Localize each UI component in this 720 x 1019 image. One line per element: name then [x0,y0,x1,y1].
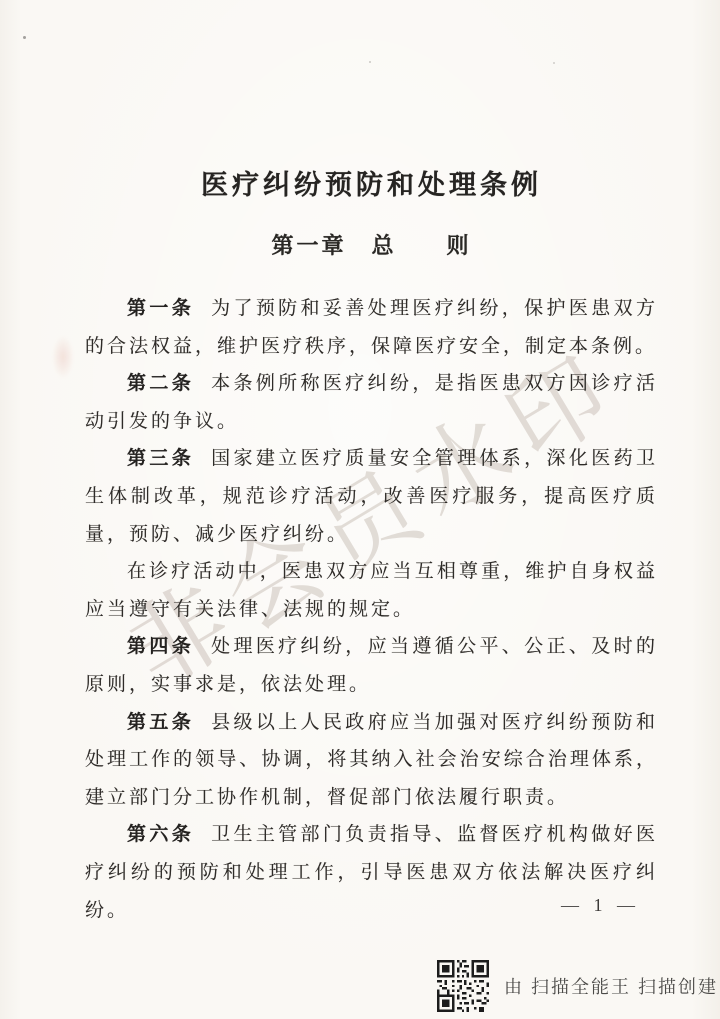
article-paragraph: 在诊疗活动中，医患双方应当互相尊重，维护自身权益应当遵守有关法律、法规的规定。 [85,553,658,628]
article-paragraph: 第二条本条例所称医疗纠纷，是指医患双方因诊疗活动引发的争议。 [85,365,658,440]
page-number: — 1 — [561,895,640,916]
scan-speck [23,36,26,39]
article-paragraph: 第五条县级以上人民政府应当加强对医疗纠纷预防和处理工作的领导、协调，将其纳入社会… [85,704,658,817]
scan-speck [369,61,371,63]
article-text: 在诊疗活动中，医患双方应当互相尊重，维护自身权益应当遵守有关法律、法规的规定。 [85,561,658,620]
scan-smudge [52,335,74,379]
article-paragraph: 第三条国家建立医疗质量安全管理体系，深化医药卫生体制改革，规范诊疗活动，改善医疗… [85,440,658,553]
article-number: 第三条 [127,448,194,469]
qr-code-icon [437,960,489,1012]
article-body: 第一条为了预防和妥善处理医疗纠纷，保护医患双方的合法权益，维护医疗秩序，保障医疗… [85,290,658,929]
scan-speck [553,62,555,64]
scanned-document-page: 非会员水印 医疗纠纷预防和处理条例 第一章 总 则 第一条为了预防和妥善处理医疗… [0,0,720,1019]
article-number: 第五条 [127,712,194,733]
article-number: 第六条 [127,824,194,845]
scanner-credit-text: 由 扫描全能王 扫描创建 [504,973,718,999]
scanner-footer: 由 扫描全能王 扫描创建 [437,960,718,1012]
article-number: 第四条 [127,636,194,657]
article-number: 第一条 [127,298,194,319]
article-paragraph: 第一条为了预防和妥善处理医疗纠纷，保护医患双方的合法权益，维护医疗秩序，保障医疗… [85,290,658,365]
document-title: 医疗纠纷预防和处理条例 [85,163,658,202]
article-number: 第二条 [127,373,194,394]
chapter-heading: 第一章 总 则 [85,229,658,260]
article-paragraph: 第四条处理医疗纠纷，应当遵循公平、公正、及时的原则，实事求是，依法处理。 [85,628,658,703]
